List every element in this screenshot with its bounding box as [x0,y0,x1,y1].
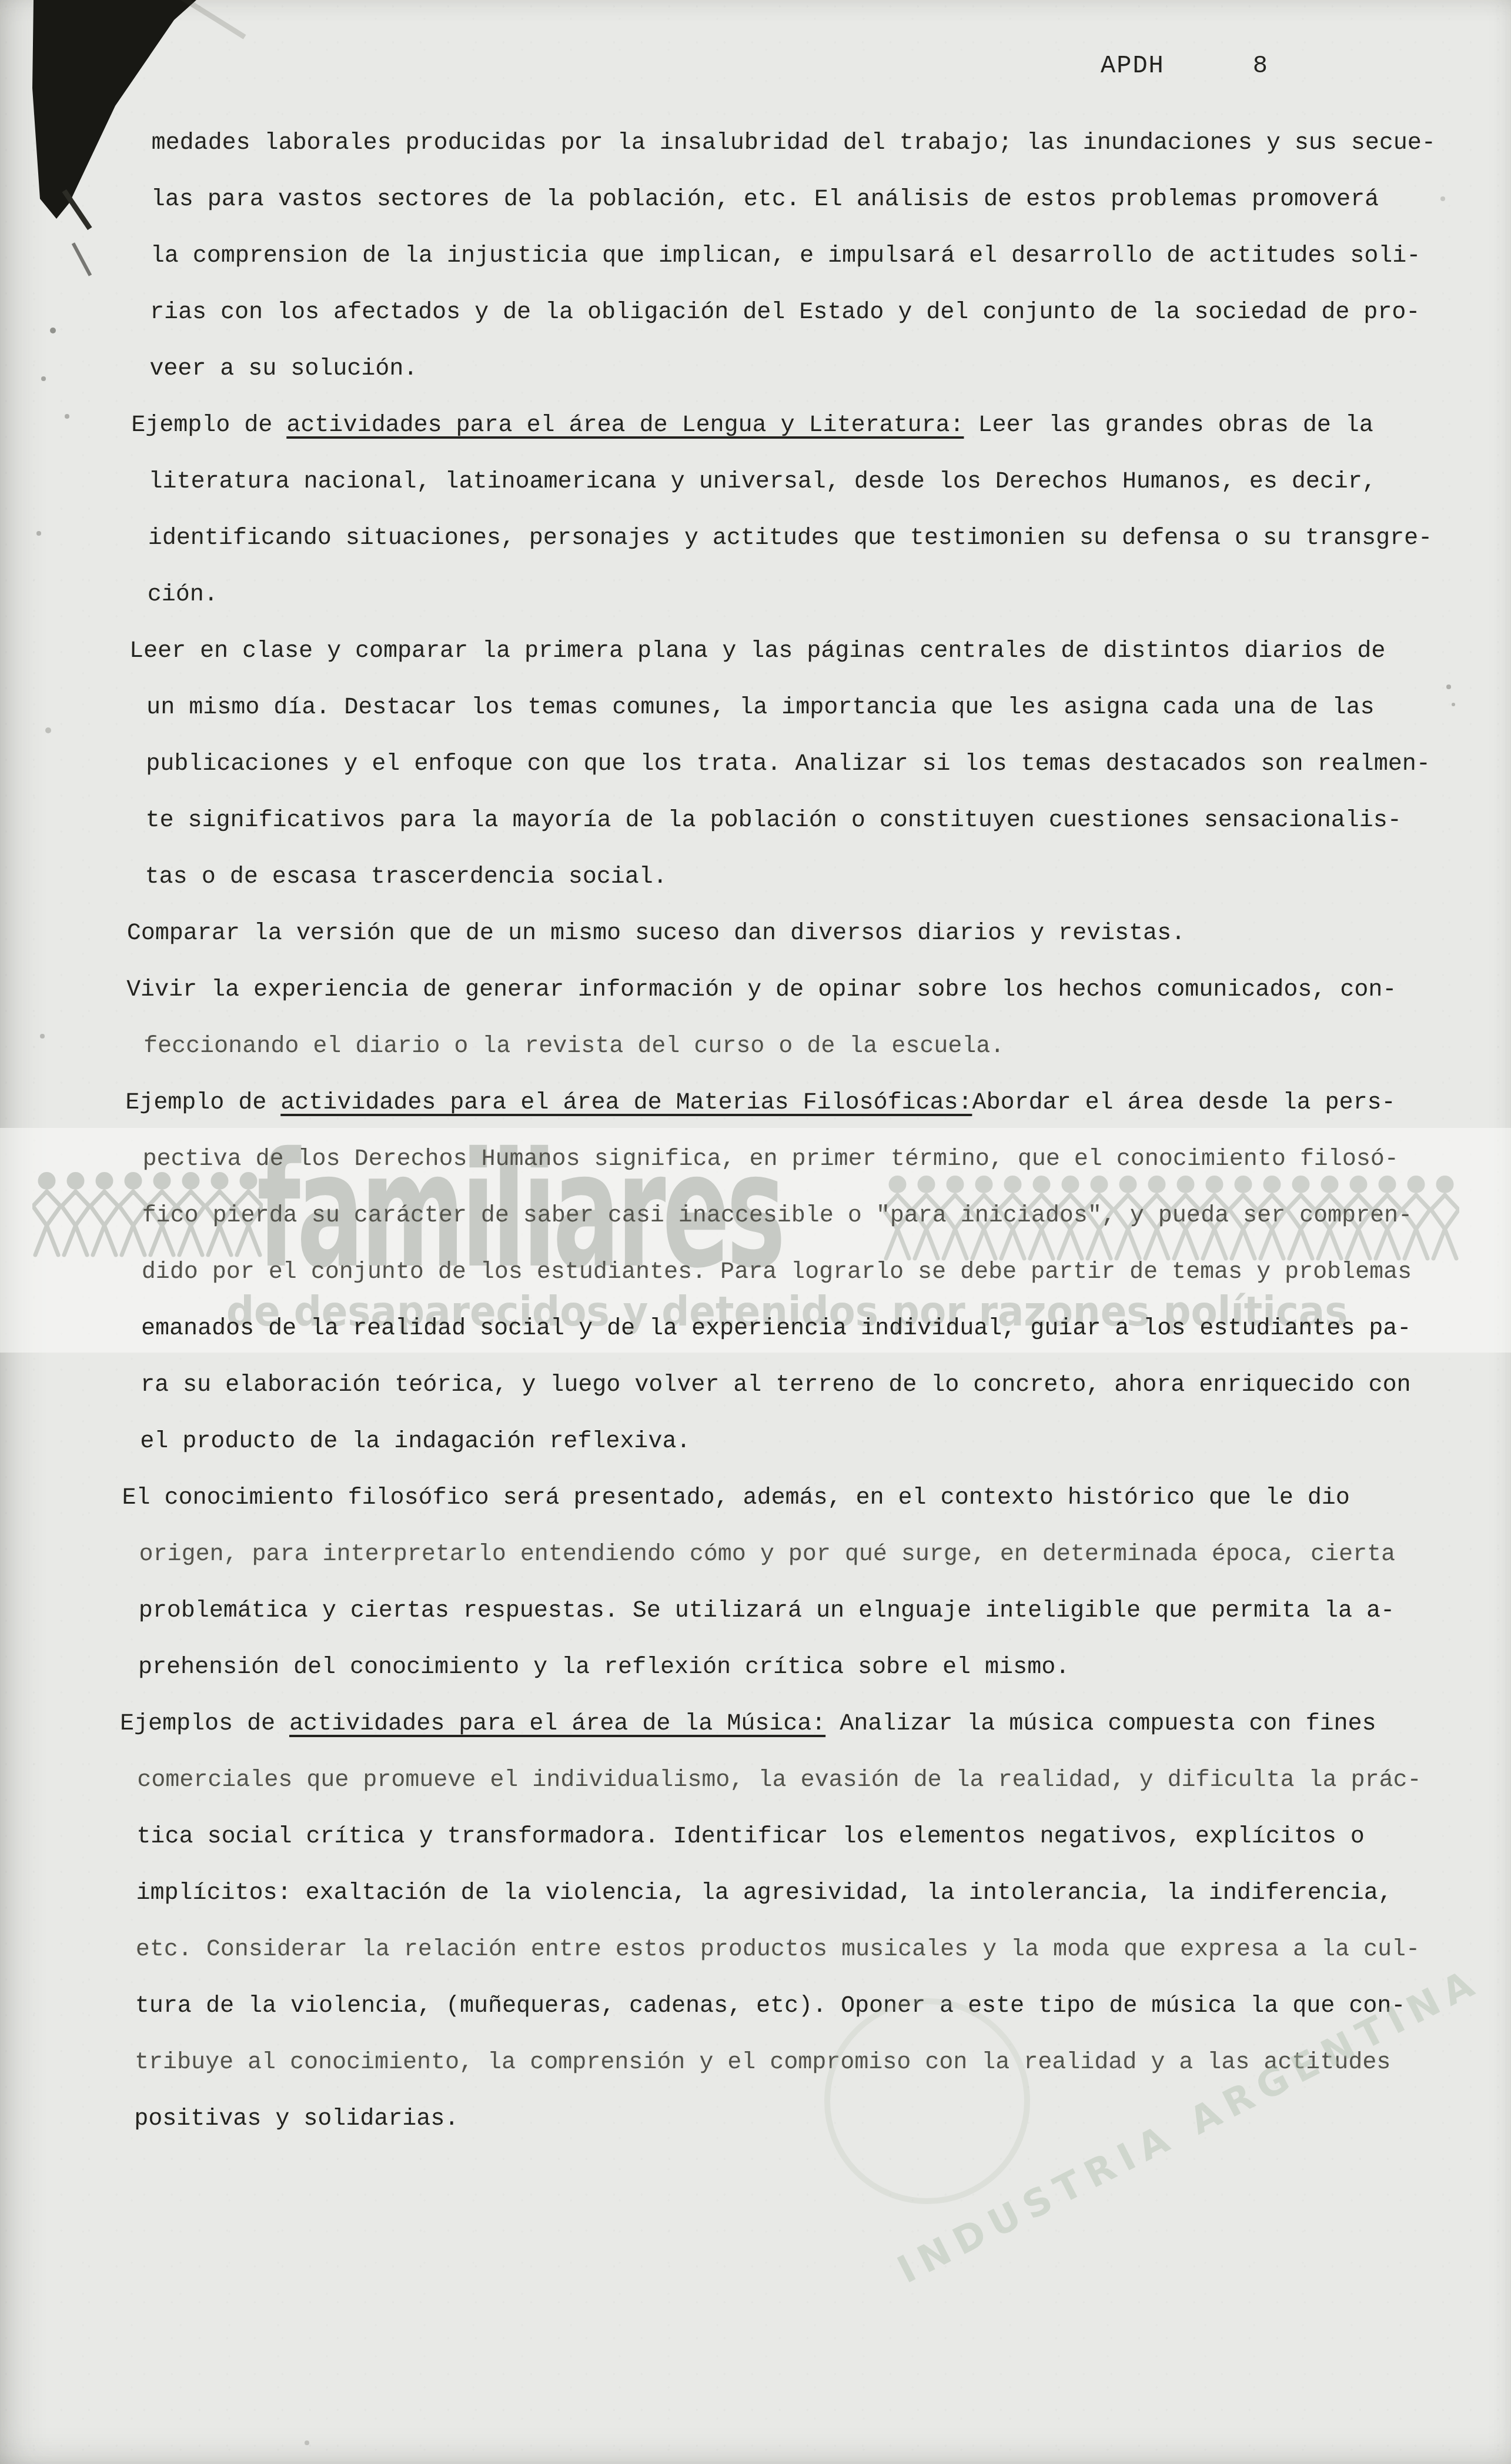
text-line: el producto de la indagación reflexiva. [140,1414,1452,1470]
text-line: Leer en clase y comparar la primera plan… [129,623,1459,680]
org-label: APDH [1101,52,1165,80]
document-lines: medades laborales producidas por la insa… [116,115,1463,2148]
page-header: APDH8 [1101,52,1269,80]
page-number: 8 [1253,52,1269,80]
scanned-document-page: APDH8 familiares de desaparecidos y dete… [0,0,1511,2464]
text-line: problemática y ciertas respuestas. Se ut… [138,1583,1450,1640]
text-line: dido por el conjunto de los estudiantes.… [141,1244,1453,1301]
text-line: El conocimiento filosófico será presenta… [122,1470,1451,1527]
text-line: tas o de escasa trascerdencia social. [145,849,1456,906]
text-line: tura de la violencia, (muñequeras, caden… [135,1978,1447,2035]
text-line: etc. Considerar la relación entre estos … [135,1922,1447,1978]
text-line: medades laborales producidas por la insa… [151,115,1463,172]
scan-streak [72,242,92,276]
text-line: las para vastos sectores de la población… [151,172,1462,228]
stamp-ring [824,1998,1030,2204]
text-line: rias con los afectados y de la obligació… [150,285,1462,341]
text-line: ra su elaboración teórica, y luego volve… [141,1357,1452,1414]
text-line: origen, para interpretarlo entendiendo c… [139,1527,1450,1583]
text-line: veer a su solución. [149,341,1461,398]
scan-streak [62,189,92,231]
text-line: Ejemplo de actividades para el área de L… [131,398,1460,454]
text-line: Vivir la experiencia de generar informac… [126,962,1456,1019]
text-line: prehensión del conocimiento y la reflexi… [138,1640,1450,1696]
text-line: implícitos: exaltación de la violencia, … [136,1865,1448,1922]
text-line: Ejemplos de actividades para el área de … [120,1696,1449,1752]
text-line: pectiva de los Derechos Humanos signific… [142,1131,1454,1188]
text-line: comerciales que promueve el individualis… [137,1752,1449,1809]
text-line: la comprension de la injusticia que impl… [150,228,1462,285]
text-line: feccionando el diario o la revista del c… [143,1019,1455,1075]
scan-specks [0,0,2,2]
text-line: publicaciones y el enfoque con que los t… [146,736,1457,793]
text-line: ción. [147,567,1459,623]
text-line: literatura nacional, latinoamericana y u… [148,454,1460,510]
text-line: te significativos para la mayoría de la … [145,793,1457,849]
text-line: emanados de la realidad social y de la e… [141,1301,1453,1357]
text-line: un mismo día. Destacar los temas comunes… [146,680,1458,736]
text-line: tica social crítica y transformadora. Id… [136,1809,1448,1865]
text-line: fico pierda su carácter de saber casi in… [142,1188,1453,1244]
text-line: Ejemplo de actividades para el área de M… [125,1075,1455,1131]
text-line: identificando situaciones, personajes y … [148,510,1459,567]
text-line: Comparar la versión que de un mismo suce… [126,906,1456,962]
